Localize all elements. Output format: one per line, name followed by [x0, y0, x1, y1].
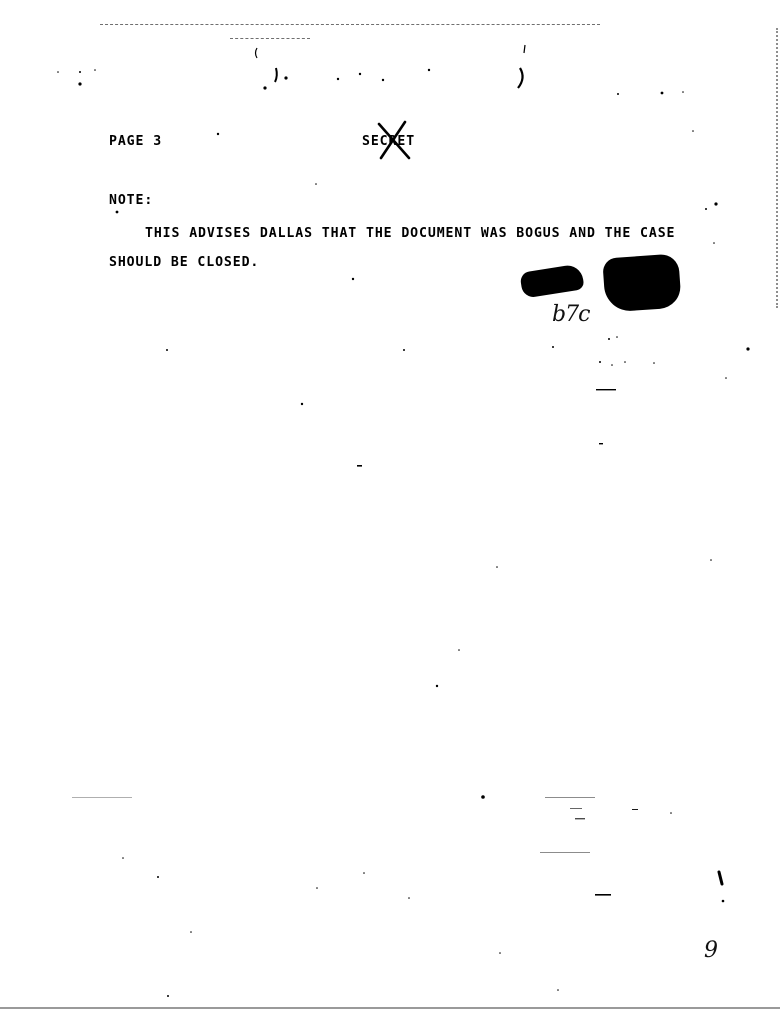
- page-label: PAGE 3: [109, 135, 162, 148]
- strike-out-x-icon: [375, 120, 411, 160]
- scan-edge-noise: [776, 28, 780, 308]
- faded-header-rule-short: [230, 38, 310, 40]
- handwritten-page-number: 9: [704, 938, 718, 963]
- redaction-block: [519, 263, 584, 298]
- note-label: NOTE:: [109, 194, 153, 207]
- handwritten-exemption-code: b7c: [552, 302, 589, 327]
- faded-header-rule: [100, 24, 600, 26]
- redaction-block: [602, 253, 682, 312]
- note-text-line-2: SHOULD BE CLOSED.: [109, 256, 259, 269]
- document-page: PAGE 3 SECRET NOTE: THIS ADVISES DALLAS …: [0, 0, 780, 1007]
- note-text-line-1: THIS ADVISES DALLAS THAT THE DOCUMENT WA…: [145, 227, 675, 240]
